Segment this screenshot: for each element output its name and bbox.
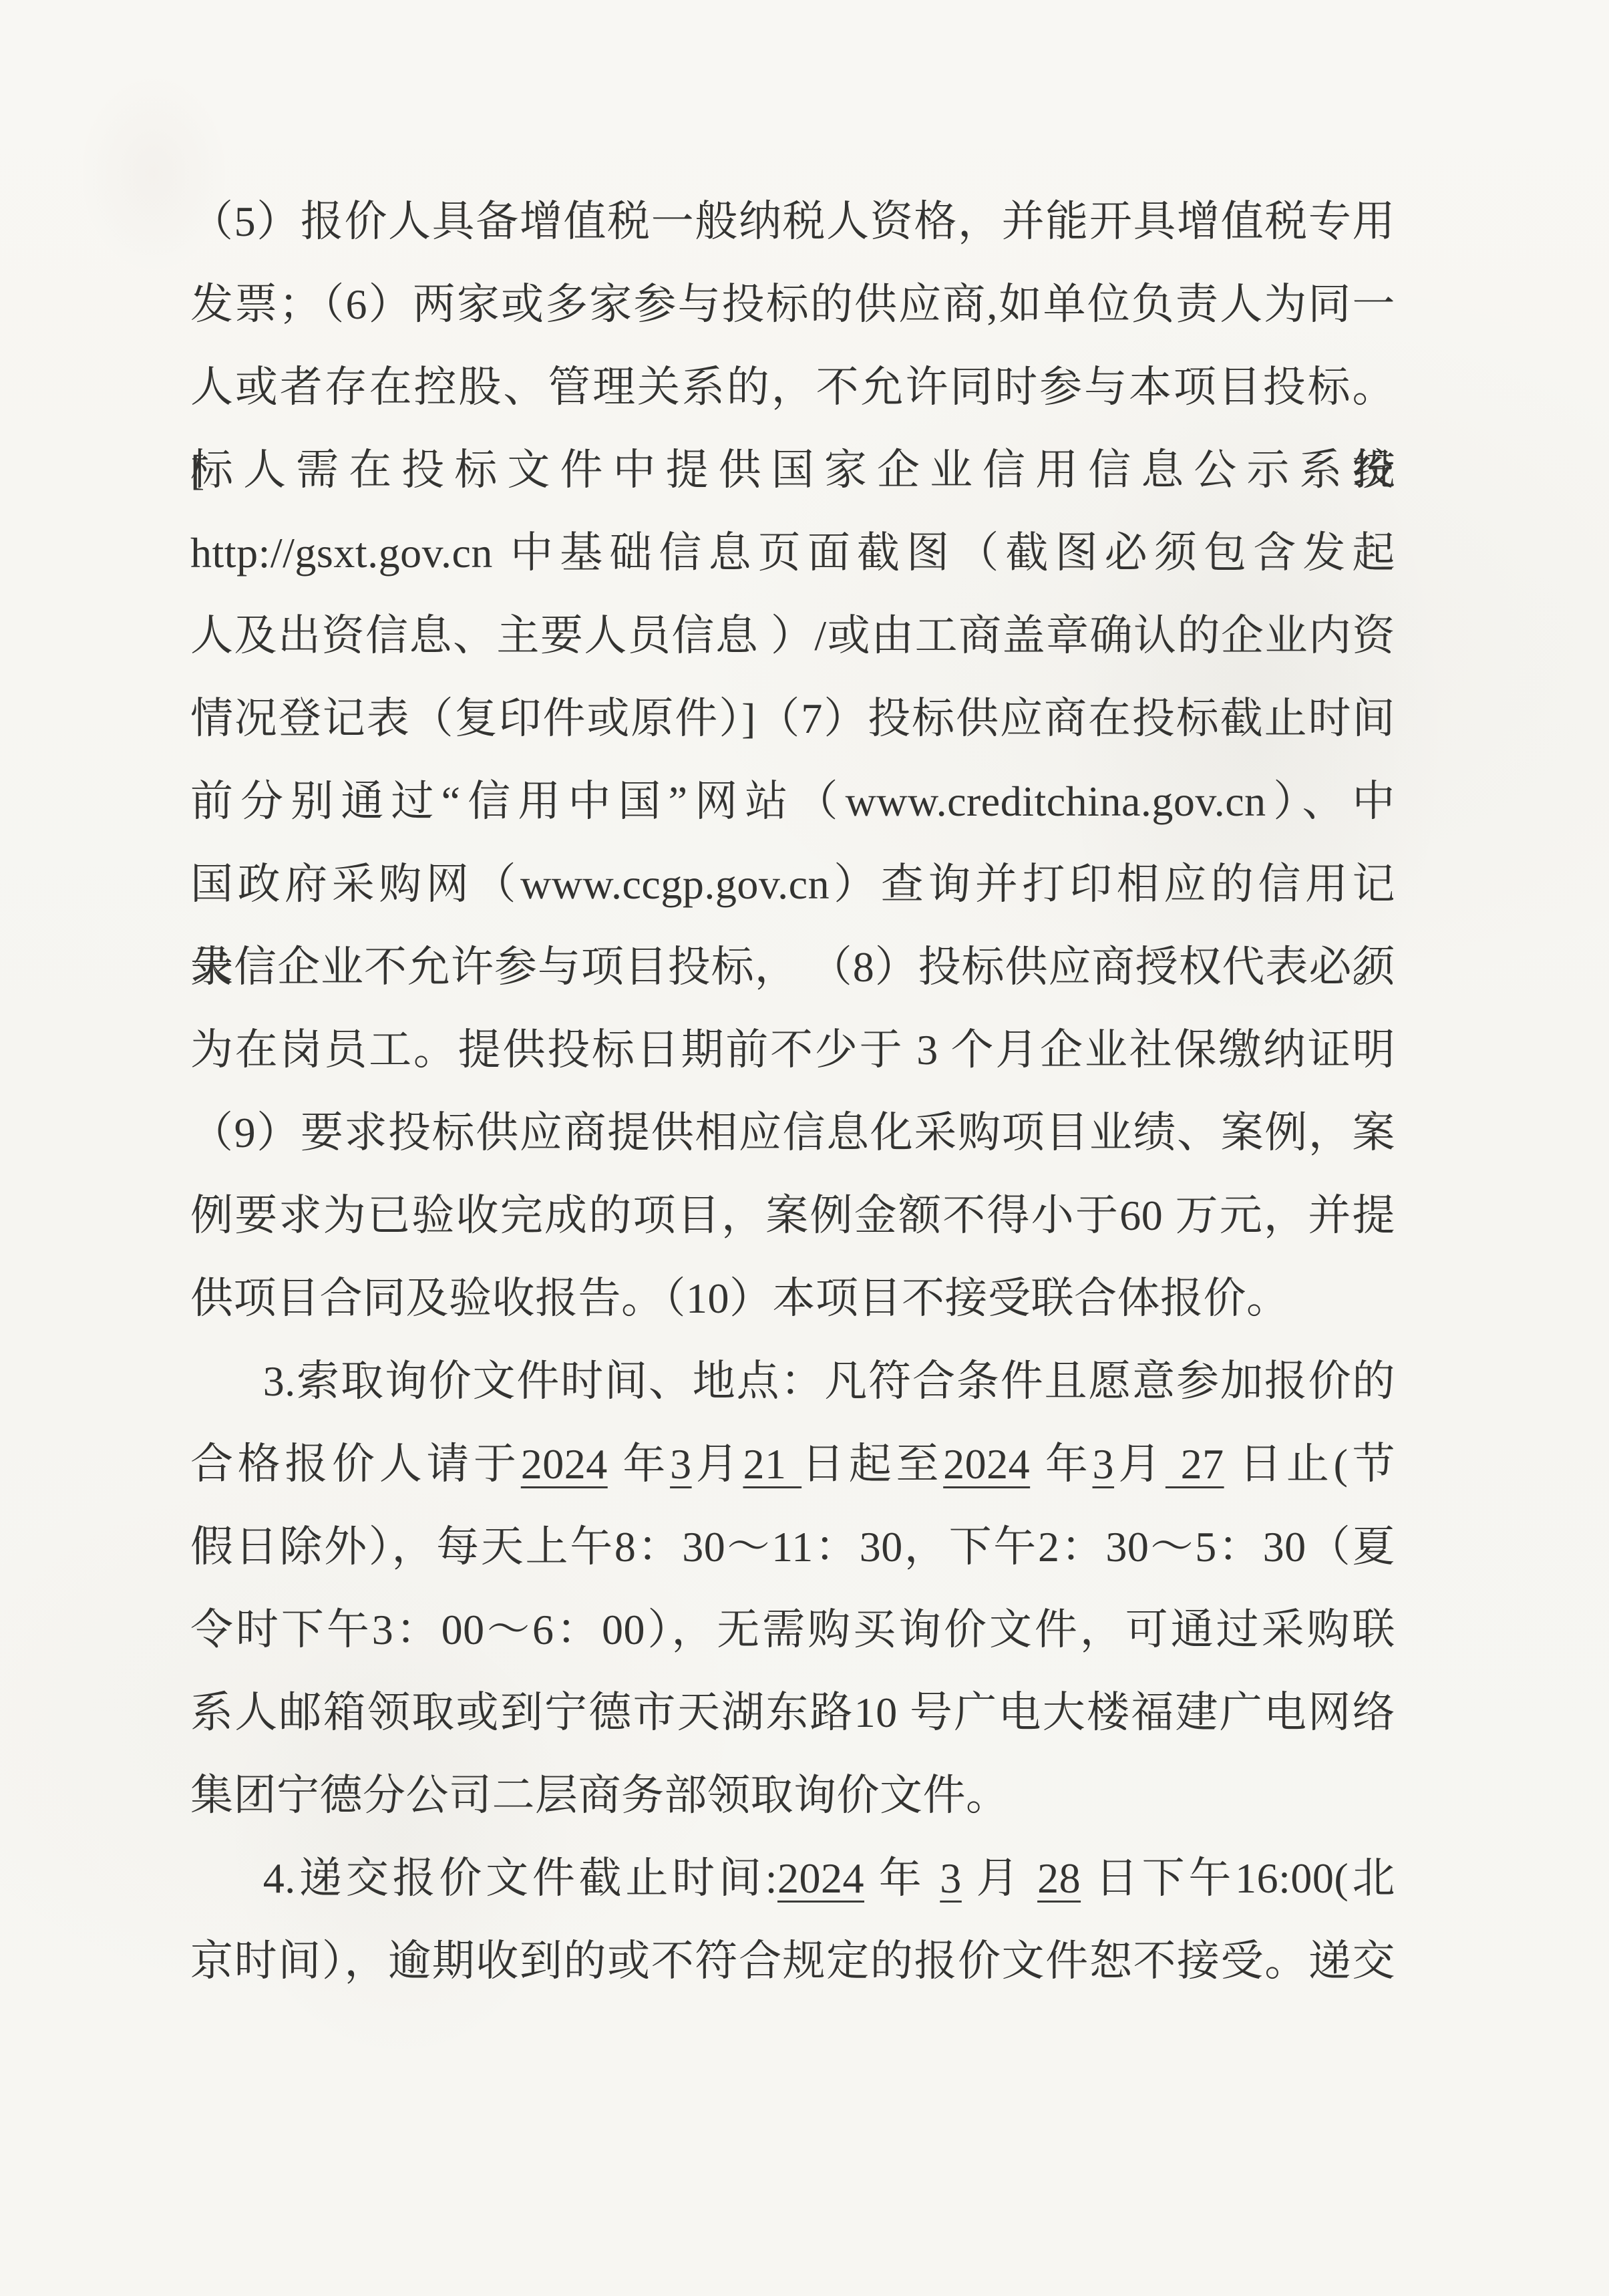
text-line: 标人需在投标文件中提供国家企业信用信息公示系统 xyxy=(190,429,1395,512)
text-segment: 系人邮箱领取或到宁德市天湖东路10 号广电大楼福建广电网络 xyxy=(190,1689,1395,1736)
text-segment: 令时下午3：00～6：00），无需购买询价文件，可通过采购联 xyxy=(190,1606,1395,1653)
text-line: 系人邮箱领取或到宁德市天湖东路10 号广电大楼福建广电网络 xyxy=(190,1671,1395,1754)
text-segment: 4.递交报价文件截止时间: xyxy=(263,1854,777,1902)
text-segment: 京时间），逾期收到的或不符合规定的报价文件恕不接受。递交 xyxy=(190,1937,1395,1985)
text-line: 例要求为已验收完成的项目，案例金额不得小于60 万元，并提 xyxy=(190,1174,1395,1257)
text-segment: 月 xyxy=(692,1440,743,1488)
text-segment: 标人需在投标文件中提供国家企业信用信息公示系统 xyxy=(190,446,1395,494)
text-segment: 月 xyxy=(1114,1440,1166,1488)
text-line: 4.递交报价文件截止时间:2024 年 3 月 28 日下午16:00(北 xyxy=(190,1837,1395,1920)
document-page: （5）报价人具备增值税一般纳税人资格，并能开具增值税专用发票；（6）两家或多家参… xyxy=(0,0,1609,2296)
text-segment: 失信企业不允许参与项目投标， （8）投标供应商授权代表必须 xyxy=(190,943,1395,991)
underlined-date-text: 27 xyxy=(1166,1440,1224,1488)
text-segment: 年 xyxy=(1030,1440,1092,1488)
text-line: 人或者存在控股、管理关系的，不允许同时参与本项目投标。[投 xyxy=(190,346,1395,429)
text-segment: 人及出资信息、主要人员信息 ）/或由工商盖章确认的企业内资 xyxy=(190,612,1395,659)
text-segment: 3.索取询价文件时间、地点：凡符合条件且愿意参加报价的 xyxy=(263,1357,1395,1405)
text-line: 京时间），逾期收到的或不符合规定的报价文件恕不接受。递交 xyxy=(190,1920,1395,2003)
text-line: 人及出资信息、主要人员信息 ）/或由工商盖章确认的企业内资 xyxy=(190,595,1395,677)
text-segment: 日下午16:00(北 xyxy=(1081,1854,1395,1902)
text-segment: 集团宁德分公司二层商务部领取询价文件。 xyxy=(190,1772,1009,1819)
underlined-date-text: 3 xyxy=(940,1854,962,1902)
text-line: 为在岗员工。提供投标日期前不少于 3 个月企业社保缴纳证明 xyxy=(190,1009,1395,1092)
text-segment: 发票；（6）两家或多家参与投标的供应商,如单位负责人为同一 xyxy=(190,281,1395,328)
underlined-date-text: 2024 xyxy=(777,1854,864,1902)
underlined-date-text: 3 xyxy=(670,1440,692,1488)
text-segment: 年 xyxy=(608,1440,670,1488)
text-segment: 供项目合同及验收报告。（10）本项目不接受联合体报价。 xyxy=(190,1275,1290,1322)
underlined-date-text: 2024 xyxy=(521,1440,608,1488)
text-segment: 月 xyxy=(962,1854,1037,1902)
text-line: 前分别通过“信用中国”网站（www.creditchina.gov.cn）、中 xyxy=(190,760,1395,843)
text-segment: 情况登记表（复印件或原件）]（7）投标供应商在投标截止时间 xyxy=(190,695,1395,742)
text-line: （9）要求投标供应商提供相应信息化采购项目业绩、案例，案 xyxy=(190,1092,1395,1174)
text-line: 3.索取询价文件时间、地点：凡符合条件且愿意参加报价的 xyxy=(190,1340,1395,1423)
text-line: 合格报价人请于2024 年3月21 日起至2024 年3月 27 日止(节 xyxy=(190,1423,1395,1506)
text-segment: （5）报价人具备增值税一般纳税人资格，并能开具增值税专用 xyxy=(190,198,1395,245)
underlined-date-text: 28 xyxy=(1037,1854,1081,1902)
text-line: 国政府采购网（www.ccgp.gov.cn）查询并打印相应的信用记录。 xyxy=(190,843,1395,926)
text-segment: http://gsxt.gov.cn 中基础信息页面截图（截图必须包含发起 xyxy=(190,529,1395,577)
text-segment: 为在岗员工。提供投标日期前不少于 3 个月企业社保缴纳证明 xyxy=(190,1026,1395,1074)
text-segment: 日起至 xyxy=(801,1440,943,1488)
text-segment: 假日除外），每天上午8：30～11：30，下午2：30～5：30（夏 xyxy=(190,1523,1395,1571)
text-segment: （9）要求投标供应商提供相应信息化采购项目业绩、案例，案 xyxy=(190,1109,1395,1156)
text-segment: 年 xyxy=(864,1854,940,1902)
text-segment: 日止(节 xyxy=(1224,1440,1396,1488)
underlined-date-text: 2024 xyxy=(943,1440,1030,1488)
text-line: 发票；（6）两家或多家参与投标的供应商,如单位负责人为同一 xyxy=(190,263,1395,346)
text-line: （5）报价人具备增值税一般纳税人资格，并能开具增值税专用 xyxy=(190,180,1395,263)
text-segment: 合格报价人请于 xyxy=(190,1440,521,1488)
underlined-date-text: 21 xyxy=(743,1440,801,1488)
text-line: 集团宁德分公司二层商务部领取询价文件。 xyxy=(190,1754,1395,1837)
underlined-date-text: 3 xyxy=(1093,1440,1115,1488)
text-segment: 前分别通过“信用中国”网站（www.creditchina.gov.cn）、中 xyxy=(190,778,1395,825)
text-line: 假日除外），每天上午8：30～11：30，下午2：30～5：30（夏 xyxy=(190,1506,1395,1589)
text-line: 失信企业不允许参与项目投标， （8）投标供应商授权代表必须 xyxy=(190,926,1395,1009)
text-line: 供项目合同及验收报告。（10）本项目不接受联合体报价。 xyxy=(190,1257,1395,1340)
text-segment: 例要求为已验收完成的项目，案例金额不得小于60 万元，并提 xyxy=(190,1192,1395,1239)
text-line: 情况登记表（复印件或原件）]（7）投标供应商在投标截止时间 xyxy=(190,677,1395,760)
document-body: （5）报价人具备增值税一般纳税人资格，并能开具增值税专用发票；（6）两家或多家参… xyxy=(190,180,1395,2003)
text-line: http://gsxt.gov.cn 中基础信息页面截图（截图必须包含发起 xyxy=(190,512,1395,595)
text-line: 令时下午3：00～6：00），无需购买询价文件，可通过采购联 xyxy=(190,1589,1395,1671)
